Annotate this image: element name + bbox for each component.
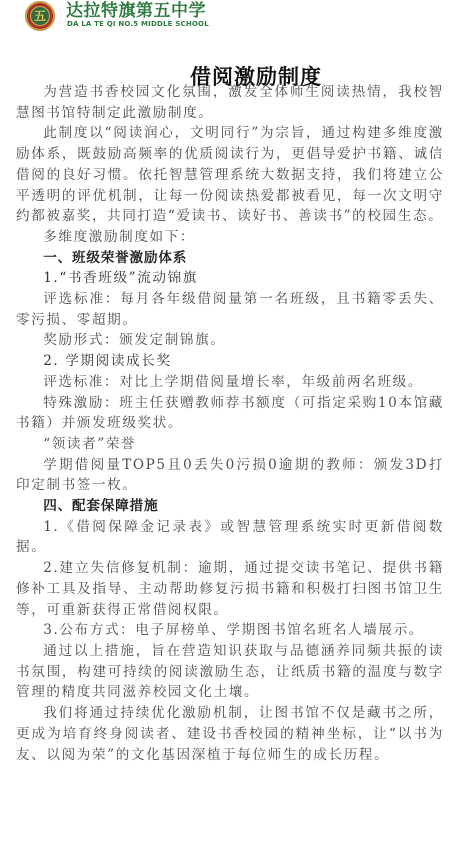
school-header: 五 达拉特旗第五中学 DA LA TE QI NO.5 MIDDLE SCHOO…: [0, 0, 457, 32]
section-heading-measures: 四、配套保障措施: [16, 496, 444, 517]
growth-special-text: 特殊激励：班主任获赠教师荐书额度（可指定采购10本馆藏书籍）并颁发班级奖状。: [16, 393, 444, 434]
leader-text: 学期借阅量TOP5且0丢失0污损0逾期的教师：颁发3D打印定制书签一枚。: [16, 455, 444, 496]
item-heading-banner: 1.“书香班级”流动锦旗: [16, 268, 444, 289]
banner-criteria-text: 评选标准：每月各年级借阅量第一名班级，且书籍零丢失、零污损、零超期。: [16, 289, 444, 330]
school-name-chinese: 达拉特旗第五中学: [66, 2, 206, 20]
document-body: 为营造书香校园文化氛围，激发全体师生阅读热情，我校智慧图书馆特制定此激励制度。 …: [16, 82, 444, 765]
section-heading-class-honor: 一、班级荣誉激励体系: [16, 248, 444, 269]
emblem-glyph: 五: [31, 8, 49, 24]
system-intro-text: 多维度激励制度如下：: [16, 227, 444, 248]
growth-criteria-text: 评选标准：对比上学期借阅量增长率，年级前两名班级。: [16, 372, 444, 393]
intro-paragraph: 为营造书香校园文化氛围，激发全体师生阅读热情，我校智慧图书馆特制定此激励制度。: [16, 82, 444, 123]
conclusion-paragraph-1: 通过以上措施，旨在营造知识获取与品德涵养同频共振的读书氛围，构建可持续的阅读激励…: [16, 641, 444, 703]
school-name-english: DA LA TE QI NO.5 MIDDLE SCHOOL: [67, 20, 209, 28]
purpose-paragraph: 此制度以“阅读润心，文明同行”为宗旨，通过构建多维度激励体系，既鼓励高频率的优质…: [16, 123, 444, 227]
measure-1-text: 1.《借阅保障金记录表》或智慧管理系统实时更新借阅数据。: [16, 517, 444, 558]
conclusion-paragraph-2: 我们将通过持续优化激励机制，让图书馆不仅是藏书之所，更成为培育终身阅读者、建设书…: [16, 703, 444, 765]
item-heading-growth-award: 2. 学期阅读成长奖: [16, 351, 444, 372]
school-emblem-icon: 五: [31, 7, 49, 25]
measure-2-text: 2.建立失信修复机制：逾期，通过提交读书笔记、提供书籍修补工具及指导、主动帮助修…: [16, 558, 444, 620]
school-logo-icon: 五: [25, 1, 55, 31]
banner-reward-text: 奖励形式：颁发定制锦旗。: [16, 330, 444, 351]
measure-3-text: 3.公布方式：电子屏榜单、学期图书馆名班名人墙展示。: [16, 620, 444, 641]
leader-heading: “领读者”荣誉: [16, 434, 444, 455]
